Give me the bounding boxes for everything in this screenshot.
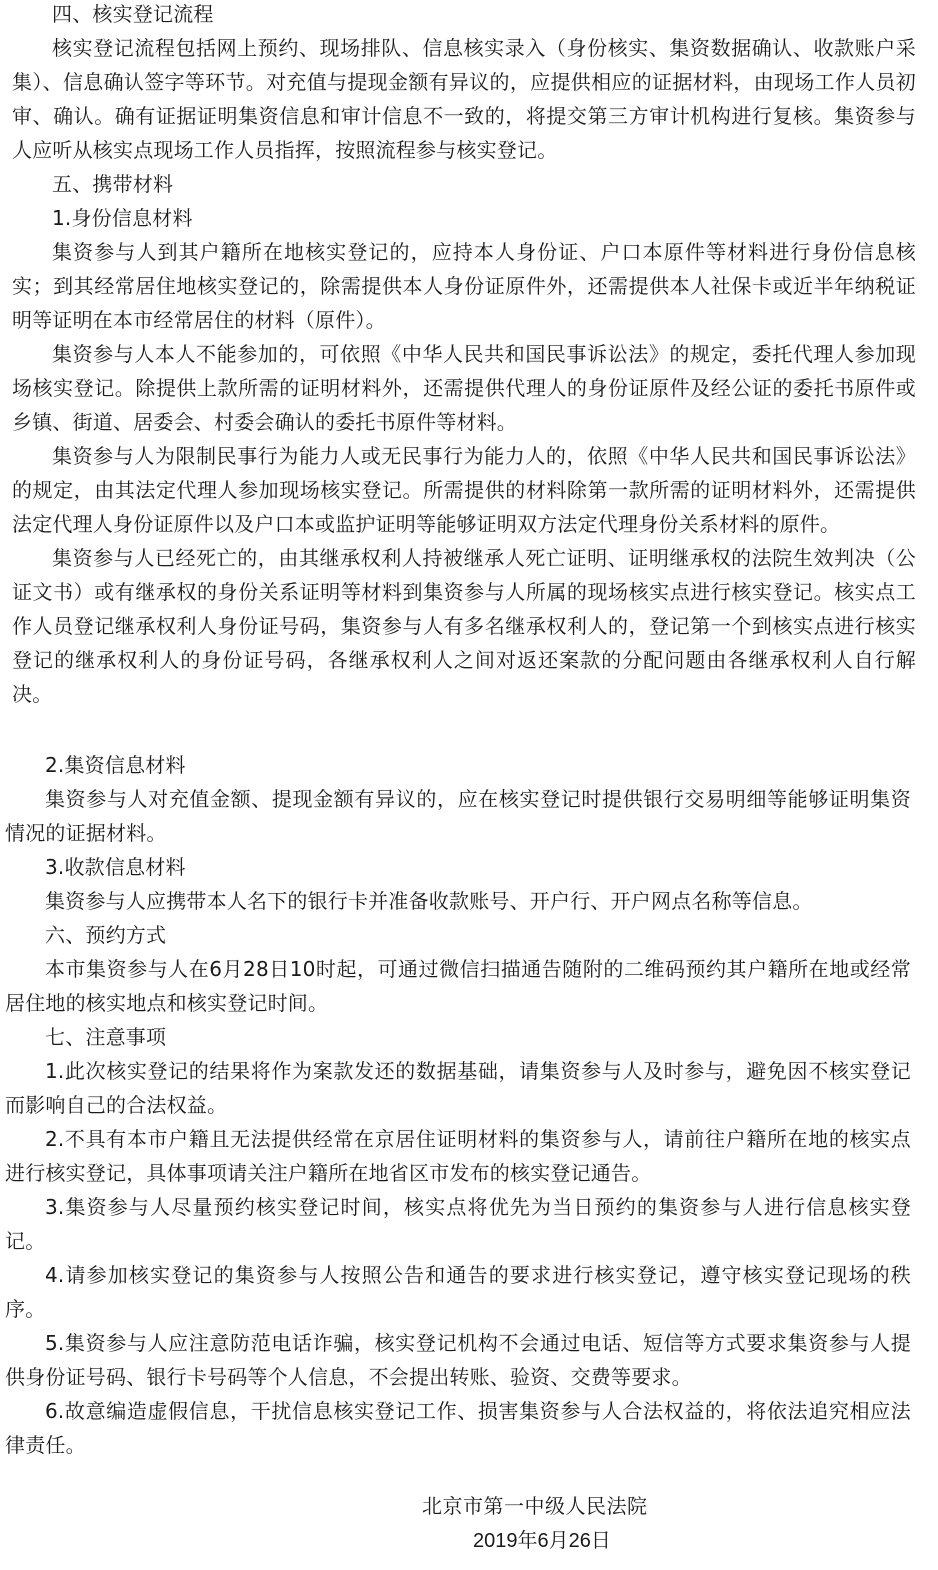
paragraph-payment-materials: 集资参与人应携带本人名下的银行卡并准备收款账号、开户行、开户网点名称等信息。	[5, 884, 911, 918]
note-item-3: 3.集资参与人尽量预约核实登记时间，核实点将优先为当日预约的集资参与人进行信息核…	[5, 1190, 911, 1258]
paragraph-verification-process: 核实登记流程包括网上预约、现场排队、信息核实录入（身份核实、集资数据确认、收款账…	[12, 31, 916, 167]
lower-content: 2.集资信息材料 集资参与人对充值金额、提现金额有异议的，应在核实登记时提供银行…	[0, 748, 911, 1462]
paragraph-fundraising-materials: 集资参与人对充值金额、提现金额有异议的，应在核实登记时提供银行交易明细等能够证明…	[5, 782, 911, 850]
section-heading-verification-process: 四、核实登记流程	[12, 0, 916, 31]
issuing-organization: 北京市第一中级人民法院	[422, 1490, 648, 1519]
paragraph-appointment: 本市集资参与人在6月28日10时起，可通过微信扫描通告随附的二维码预约其户籍所在…	[5, 952, 911, 1020]
subheading-fundraising-materials: 2.集资信息材料	[5, 748, 911, 782]
note-item-5: 5.集资参与人应注意防范电话诈骗，核实登记机构不会通过电话、短信等方式要求集资参…	[5, 1326, 911, 1394]
note-item-6: 6.故意编造虚假信息，干扰信息核实登记工作、损害集资参与人合法权益的，将依法追究…	[5, 1394, 911, 1462]
paragraph-identity-legal-guardian: 集资参与人为限制民事行为能力人或无民事行为能力人的，依照《中华人民共和国民事诉讼…	[12, 439, 916, 541]
paragraph-identity-agent: 集资参与人本人不能参加的，可依照《中华人民共和国民事诉讼法》的规定，委托代理人参…	[12, 337, 916, 439]
paragraph-identity-heirs: 集资参与人已经死亡的，由其继承权利人持被继承人死亡证明、证明继承权的法院生效判决…	[12, 541, 916, 711]
subheading-payment-materials: 3.收款信息材料	[5, 850, 911, 884]
issue-date: 2019年6月26日	[473, 1524, 611, 1553]
section-heading-notes: 七、注意事项	[5, 1020, 911, 1054]
note-item-2: 2.不具有本市户籍且无法提供经常在京居住证明材料的集资参与人，请前往户籍所在地的…	[5, 1122, 911, 1190]
upper-content: 四、核实登记流程 核实登记流程包括网上预约、现场排队、信息核实录入（身份核实、集…	[0, 0, 916, 711]
section-heading-appointment: 六、预约方式	[5, 918, 911, 952]
note-item-1: 1.此次核实登记的结果将作为案款发还的数据基础，请集资参与人及时参与，避免因不核…	[5, 1054, 911, 1122]
section-heading-materials: 五、携带材料	[12, 167, 916, 201]
note-item-4: 4.请参加核实登记的集资参与人按照公告和通告的要求进行核实登记，遵守核实登记现场…	[5, 1258, 911, 1326]
paragraph-identity-residence: 集资参与人到其户籍所在地核实登记的，应持本人身份证、户口本原件等材料进行身份信息…	[12, 235, 916, 337]
subheading-identity-materials: 1.身份信息材料	[12, 201, 916, 235]
